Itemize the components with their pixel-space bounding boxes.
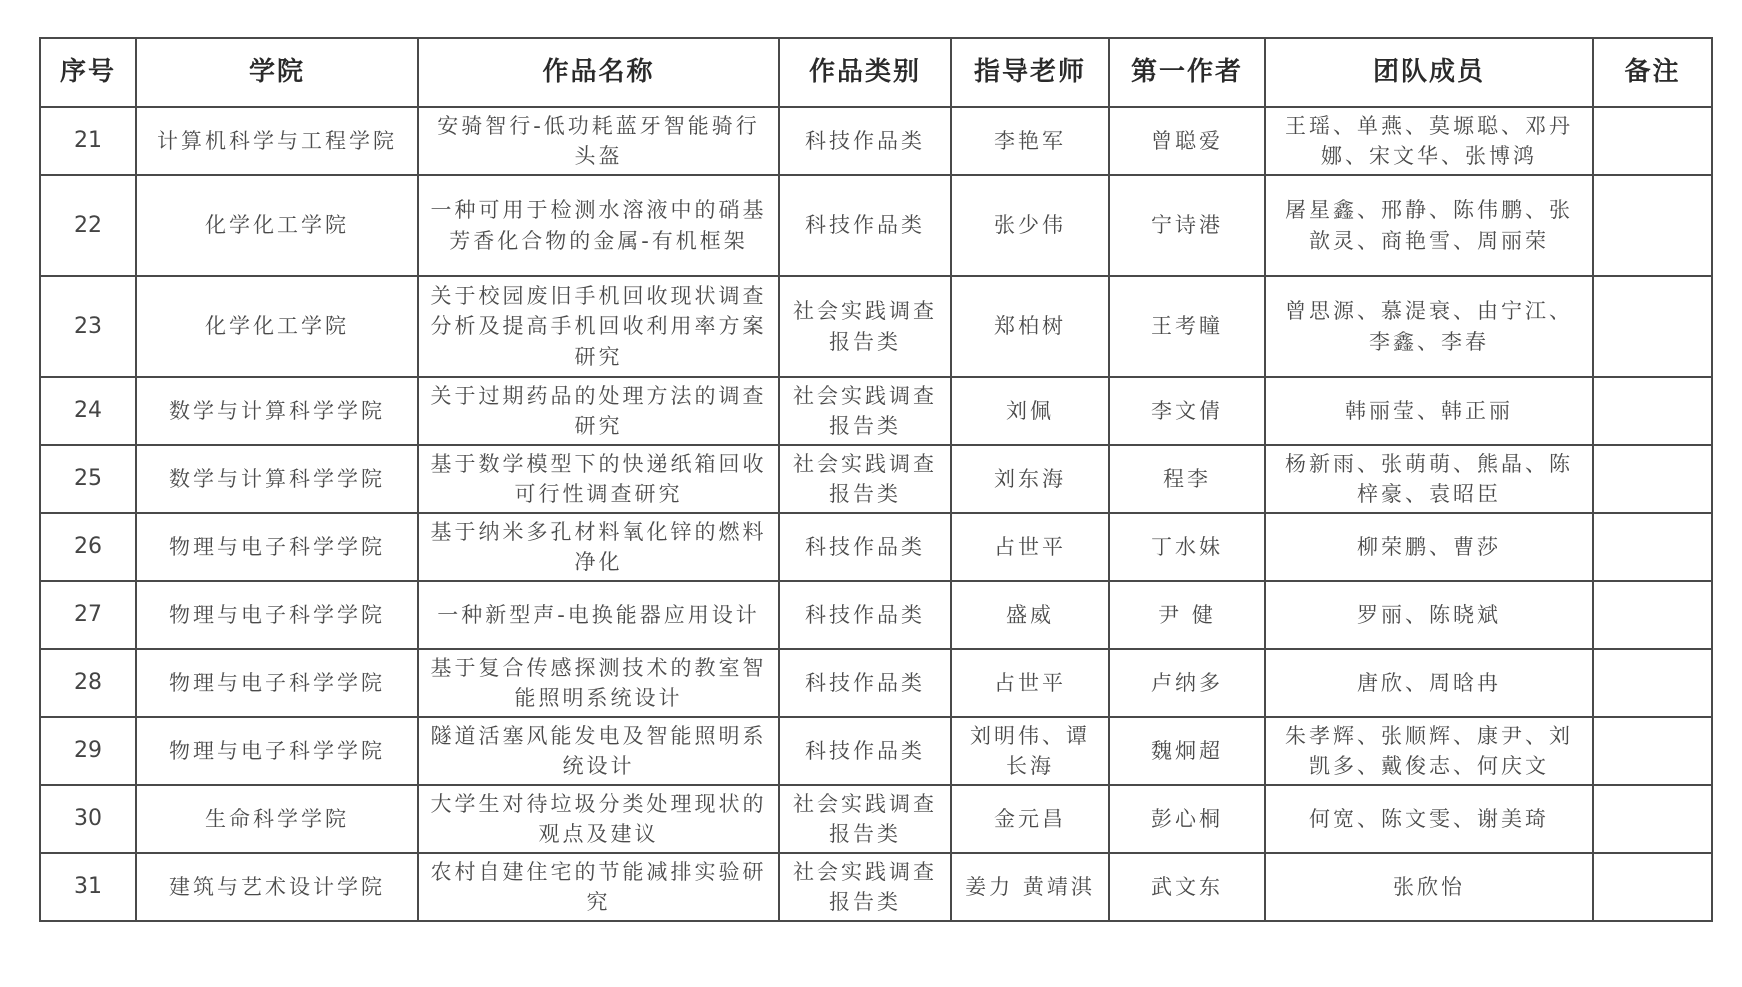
cell-title: 安骑智行-低功耗蓝牙智能骑行头盔 — [418, 107, 779, 175]
cell-college: 建筑与艺术设计学院 — [136, 853, 418, 921]
table-row: 26 物理与电子科学学院 基于纳米多孔材料氧化锌的燃料净化 科技作品类 占世平 … — [40, 513, 1712, 581]
cell-title: 大学生对待垃圾分类处理现状的观点及建议 — [418, 785, 779, 853]
cell-advisor: 盛威 — [951, 581, 1109, 649]
cell-college: 数学与计算科学学院 — [136, 377, 418, 445]
cell-note — [1593, 276, 1712, 377]
cell-no: 22 — [40, 175, 136, 276]
cell-team: 王瑶、单燕、莫塬聪、邓丹娜、宋文华、张博鸿 — [1265, 107, 1593, 175]
cell-advisor: 刘明伟、谭长海 — [951, 717, 1109, 785]
cell-first-author: 武文东 — [1109, 853, 1265, 921]
cell-type: 科技作品类 — [779, 513, 951, 581]
document-page: 序号 学院 作品名称 作品类别 指导老师 第一作者 团队成员 备注 21 计算机… — [39, 37, 1711, 922]
cell-type: 科技作品类 — [779, 175, 951, 276]
cell-type: 科技作品类 — [779, 717, 951, 785]
cell-advisor: 刘佩 — [951, 377, 1109, 445]
cell-first-author: 王考瞳 — [1109, 276, 1265, 377]
cell-team: 朱孝辉、张顺辉、康尹、刘凯多、戴俊志、何庆文 — [1265, 717, 1593, 785]
cell-college: 化学化工学院 — [136, 276, 418, 377]
cell-no: 30 — [40, 785, 136, 853]
cell-advisor: 郑柏树 — [951, 276, 1109, 377]
cell-college: 物理与电子科学学院 — [136, 513, 418, 581]
table-row: 24 数学与计算科学学院 关于过期药品的处理方法的调查研究 社会实践调查报告类 … — [40, 377, 1712, 445]
cell-title: 关于过期药品的处理方法的调查研究 — [418, 377, 779, 445]
cell-team: 张欣怡 — [1265, 853, 1593, 921]
cell-title: 隧道活塞风能发电及智能照明系统设计 — [418, 717, 779, 785]
award-list-table: 序号 学院 作品名称 作品类别 指导老师 第一作者 团队成员 备注 21 计算机… — [39, 37, 1713, 922]
table-row: 21 计算机科学与工程学院 安骑智行-低功耗蓝牙智能骑行头盔 科技作品类 李艳军… — [40, 107, 1712, 175]
cell-no: 28 — [40, 649, 136, 717]
cell-team: 杨新雨、张萌萌、熊晶、陈梓豪、袁昭臣 — [1265, 445, 1593, 513]
cell-title: 关于校园废旧手机回收现状调查分析及提高手机回收利用率方案研究 — [418, 276, 779, 377]
cell-type: 科技作品类 — [779, 649, 951, 717]
cell-team: 曾思源、慕湜衰、由宁江、李鑫、李春 — [1265, 276, 1593, 377]
cell-team: 屠星鑫、邢静、陈伟鹏、张歆灵、商艳雪、周丽荣 — [1265, 175, 1593, 276]
cell-note — [1593, 107, 1712, 175]
cell-college: 数学与计算科学学院 — [136, 445, 418, 513]
cell-first-author: 魏炯超 — [1109, 717, 1265, 785]
cell-title: 基于纳米多孔材料氧化锌的燃料净化 — [418, 513, 779, 581]
cell-title: 一种可用于检测水溶液中的硝基芳香化合物的金属-有机框架 — [418, 175, 779, 276]
cell-note — [1593, 445, 1712, 513]
cell-note — [1593, 649, 1712, 717]
cell-college: 生命科学学院 — [136, 785, 418, 853]
cell-no: 21 — [40, 107, 136, 175]
cell-advisor: 刘东海 — [951, 445, 1109, 513]
cell-advisor: 占世平 — [951, 649, 1109, 717]
cell-no: 31 — [40, 853, 136, 921]
table-row: 22 化学化工学院 一种可用于检测水溶液中的硝基芳香化合物的金属-有机框架 科技… — [40, 175, 1712, 276]
cell-note — [1593, 853, 1712, 921]
cell-no: 27 — [40, 581, 136, 649]
cell-college: 物理与电子科学学院 — [136, 581, 418, 649]
cell-type: 社会实践调查报告类 — [779, 445, 951, 513]
cell-team: 罗丽、陈晓斌 — [1265, 581, 1593, 649]
cell-title: 基于数学模型下的快递纸箱回收可行性调查研究 — [418, 445, 779, 513]
table-row: 23 化学化工学院 关于校园废旧手机回收现状调查分析及提高手机回收利用率方案研究… — [40, 276, 1712, 377]
cell-first-author: 程李 — [1109, 445, 1265, 513]
cell-first-author: 宁诗港 — [1109, 175, 1265, 276]
cell-type: 社会实践调查报告类 — [779, 377, 951, 445]
cell-no: 24 — [40, 377, 136, 445]
cell-note — [1593, 785, 1712, 853]
cell-advisor: 李艳军 — [951, 107, 1109, 175]
cell-advisor: 金元昌 — [951, 785, 1109, 853]
cell-advisor: 姜力 黄靖淇 — [951, 853, 1109, 921]
header-note: 备注 — [1593, 38, 1712, 107]
cell-type: 社会实践调查报告类 — [779, 276, 951, 377]
cell-note — [1593, 717, 1712, 785]
table-header-row: 序号 学院 作品名称 作品类别 指导老师 第一作者 团队成员 备注 — [40, 38, 1712, 107]
cell-first-author: 曾聪爱 — [1109, 107, 1265, 175]
cell-note — [1593, 581, 1712, 649]
table-row: 27 物理与电子科学学院 一种新型声-电换能器应用设计 科技作品类 盛威 尹 健… — [40, 581, 1712, 649]
cell-team: 韩丽莹、韩正丽 — [1265, 377, 1593, 445]
cell-type: 科技作品类 — [779, 107, 951, 175]
cell-college: 物理与电子科学学院 — [136, 717, 418, 785]
cell-team: 唐欣、周晗冉 — [1265, 649, 1593, 717]
cell-team: 何宽、陈文雯、谢美琦 — [1265, 785, 1593, 853]
cell-title: 农村自建住宅的节能减排实验研究 — [418, 853, 779, 921]
cell-no: 26 — [40, 513, 136, 581]
cell-type: 社会实践调查报告类 — [779, 785, 951, 853]
table-row: 28 物理与电子科学学院 基于复合传感探测技术的教室智能照明系统设计 科技作品类… — [40, 649, 1712, 717]
header-title: 作品名称 — [418, 38, 779, 107]
cell-title: 基于复合传感探测技术的教室智能照明系统设计 — [418, 649, 779, 717]
header-college: 学院 — [136, 38, 418, 107]
cell-type: 科技作品类 — [779, 581, 951, 649]
header-advisor: 指导老师 — [951, 38, 1109, 107]
cell-note — [1593, 175, 1712, 276]
cell-first-author: 李文倩 — [1109, 377, 1265, 445]
cell-first-author: 彭心桐 — [1109, 785, 1265, 853]
cell-first-author: 丁水妹 — [1109, 513, 1265, 581]
cell-college: 化学化工学院 — [136, 175, 418, 276]
cell-title: 一种新型声-电换能器应用设计 — [418, 581, 779, 649]
cell-advisor: 占世平 — [951, 513, 1109, 581]
cell-college: 物理与电子科学学院 — [136, 649, 418, 717]
table-row: 29 物理与电子科学学院 隧道活塞风能发电及智能照明系统设计 科技作品类 刘明伟… — [40, 717, 1712, 785]
cell-note — [1593, 377, 1712, 445]
cell-no: 25 — [40, 445, 136, 513]
header-type: 作品类别 — [779, 38, 951, 107]
cell-team: 柳荣鹏、曹莎 — [1265, 513, 1593, 581]
cell-note — [1593, 513, 1712, 581]
table-row: 31 建筑与艺术设计学院 农村自建住宅的节能减排实验研究 社会实践调查报告类 姜… — [40, 853, 1712, 921]
header-no: 序号 — [40, 38, 136, 107]
cell-no: 29 — [40, 717, 136, 785]
header-team: 团队成员 — [1265, 38, 1593, 107]
cell-first-author: 尹 健 — [1109, 581, 1265, 649]
table-row: 25 数学与计算科学学院 基于数学模型下的快递纸箱回收可行性调查研究 社会实践调… — [40, 445, 1712, 513]
cell-no: 23 — [40, 276, 136, 377]
cell-college: 计算机科学与工程学院 — [136, 107, 418, 175]
cell-first-author: 卢纳多 — [1109, 649, 1265, 717]
cell-type: 社会实践调查报告类 — [779, 853, 951, 921]
cell-advisor: 张少伟 — [951, 175, 1109, 276]
header-first-author: 第一作者 — [1109, 38, 1265, 107]
table-row: 30 生命科学学院 大学生对待垃圾分类处理现状的观点及建议 社会实践调查报告类 … — [40, 785, 1712, 853]
